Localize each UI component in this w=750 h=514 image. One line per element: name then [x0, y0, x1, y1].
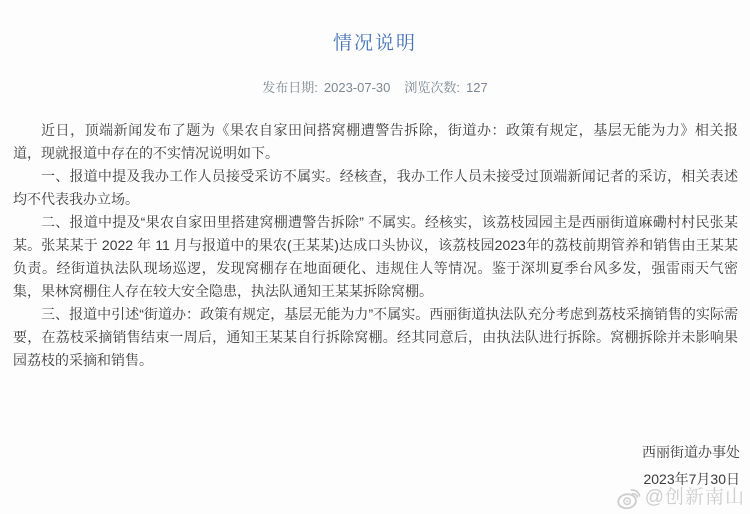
- weibo-watermark: @创新南山: [615, 484, 745, 512]
- statement-paragraph-intro: 近日，顶端新闻发布了题为《果农自家田间搭窝棚遭警告拆除，街道办：政策有规定，基层…: [13, 119, 738, 165]
- signature-organization: 西丽街道办事处: [0, 442, 740, 462]
- meta-row: 发布日期:2023-07-30浏览次数:127: [0, 81, 750, 94]
- publish-date-label: 发布日期:: [262, 80, 318, 95]
- views-label: 浏览次数:: [404, 80, 460, 95]
- statement-paragraph-point-3: 三、报道中引述“街道办：政策有规定，基层无能为力”不属实。西丽街道执法队充分考虑…: [13, 303, 738, 372]
- page-title: 情况说明: [0, 0, 750, 54]
- views-value: 127: [466, 80, 488, 95]
- statement-body: 近日，顶端新闻发布了题为《果农自家田间搭窝棚遭警告拆除，街道办：政策有规定，基层…: [0, 119, 750, 372]
- weibo-icon: [615, 484, 645, 512]
- statement-paragraph-point-1: 一、报道中提及我办工作人员接受采访不属实。经核查，我办工作人员未接受过顶端新闻记…: [13, 165, 738, 211]
- publish-date-value: 2023-07-30: [324, 80, 391, 95]
- statement-document: 情况说明 发布日期:2023-07-30浏览次数:127 近日，顶端新闻发布了题…: [0, 0, 750, 514]
- watermark-text: @创新南山: [645, 487, 745, 509]
- statement-paragraph-point-2: 二、报道中提及“果农自家田里搭建窝棚遭警告拆除” 不属实。经核实，该荔枝园园主是…: [13, 211, 738, 303]
